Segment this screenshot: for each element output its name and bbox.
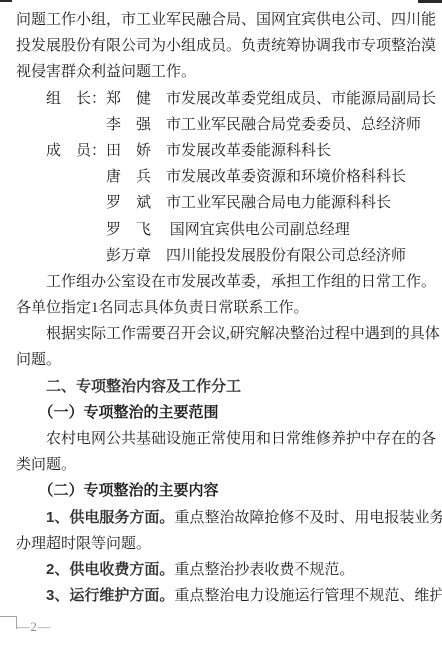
body-text: 根据实际工作需要召开会议,研究解决整治过程中遇到的具体: [16, 326, 440, 342]
body-text: 唐 兵 市发展改革委资源和环境价格科科长: [16, 169, 406, 185]
document-line: 类问题。: [16, 452, 440, 478]
body-text: 视侵害群众利益问题工作。: [16, 64, 196, 80]
heading-text: （二）专项整治的主要内容: [46, 483, 219, 499]
document-line: 1、供电服务方面。重点整治故障抢修不及时、用电报装业务: [16, 505, 440, 531]
document-line: 唐 兵 市发展改革委资源和环境价格科科长: [16, 164, 440, 190]
body-text: [16, 405, 46, 421]
body-text: 罗 飞 国网宜宾供电公司副总经理: [16, 222, 350, 238]
body-text: [16, 379, 46, 395]
body-text: 李 强 市工业军民融合局党委委员、总经济师: [16, 117, 421, 133]
document-line: 办理超时限等问题。: [16, 531, 440, 557]
body-text: [16, 588, 46, 604]
document-line: 3、运行维护方面。重点整治电力设施运行管理不规范、维护: [16, 583, 440, 609]
scan-artifact-top-right: [418, 0, 442, 3]
document-line: 成 员：田 娇 市发展改革委能源科科长: [16, 138, 440, 164]
document-line: 根据实际工作需要召开会议,研究解决整治过程中遇到的具体: [16, 321, 440, 347]
body-text: 类问题。: [16, 457, 76, 473]
document-line: 组 长：郑 健 市发展改革委党组成员、市能源局副局长: [16, 86, 440, 112]
document-page: 问题工作小组，市工业军民融合局、国网宜宾供电公司、四川能投发展股份有限公司为小组…: [0, 0, 442, 648]
body-text: 投发展股份有限公司为小组成员。负责统筹协调我市专项整治漠: [16, 38, 436, 54]
body-text: 问题工作小组，市工业军民融合局、国网宜宾供电公司、四川能: [16, 12, 436, 28]
body-text: 罗 斌 市工业军民融合局电力能源科科长: [16, 195, 391, 211]
document-line: 罗 斌 市工业军民融合局电力能源科科长: [16, 190, 440, 216]
document-line: 2、供电收费方面。重点整治抄表收费不规范。: [16, 557, 440, 583]
body-text: 成 员：田 娇 市发展改革委能源科科长: [16, 143, 331, 159]
document-line: 问题工作小组，市工业军民融合局、国网宜宾供电公司、四川能: [16, 7, 440, 33]
body-text: [16, 562, 46, 578]
document-line: （一）专项整治的主要范围: [16, 400, 440, 426]
footer-corner-line-horizontal: [0, 616, 16, 617]
heading-text: 二、专项整治内容及工作分工: [46, 378, 241, 395]
body-text: 重点整治故障抢修不及时、用电报装业务: [174, 510, 442, 526]
body-text: 问题。: [16, 352, 61, 368]
document-line: 农村电网公共基础设施正常使用和日常维修养护中存在的各: [16, 426, 440, 452]
document-body: 问题工作小组，市工业军民融合局、国网宜宾供电公司、四川能投发展股份有限公司为小组…: [16, 7, 440, 609]
body-text: [16, 483, 46, 499]
document-line: 二、专项整治内容及工作分工: [16, 374, 440, 400]
body-text: [16, 510, 46, 526]
document-line: 投发展股份有限公司为小组成员。负责统筹协调我市专项整治漠: [16, 33, 440, 59]
page-number: —2—: [17, 620, 51, 635]
body-text: 工作组办公室设在市发展改革委，承担工作组的日常工作。: [16, 274, 436, 290]
body-text: 组 长：郑 健 市发展改革委党组成员、市能源局副局长: [16, 91, 436, 107]
heading-text: 1、供电服务方面。: [46, 509, 174, 526]
document-line: 罗 飞 国网宜宾供电公司副总经理: [16, 217, 440, 243]
body-text: 彭万章 四川能投发展股份有限公司总经济师: [16, 248, 406, 264]
body-text: 重点整治电力设施运行管理不规范、维护: [174, 588, 442, 604]
document-line: 问题。: [16, 347, 440, 373]
document-line: 李 强 市工业军民融合局党委委员、总经济师: [16, 112, 440, 138]
body-text: 农村电网公共基础设施正常使用和日常维修养护中存在的各: [16, 431, 436, 447]
document-line: 工作组办公室设在市发展改革委，承担工作组的日常工作。: [16, 269, 440, 295]
document-line: （二）专项整治的主要内容: [16, 478, 440, 504]
heading-text: （一）专项整治的主要范围: [46, 405, 219, 421]
scan-artifact-top-left: [0, 0, 12, 2]
document-line: 彭万章 四川能投发展股份有限公司总经济师: [16, 243, 440, 269]
document-line: 视侵害群众利益问题工作。: [16, 59, 440, 85]
document-line: 各单位指定1名同志具体负责日常联系工作。: [16, 295, 440, 321]
body-text: 各单位指定1名同志具体负责日常联系工作。: [16, 300, 309, 316]
body-text: 重点整治抄表收费不规范。: [174, 562, 354, 578]
heading-text: 3、运行维护方面。: [46, 587, 174, 604]
heading-text: 2、供电收费方面。: [46, 561, 174, 578]
body-text: 办理超时限等问题。: [16, 536, 151, 552]
